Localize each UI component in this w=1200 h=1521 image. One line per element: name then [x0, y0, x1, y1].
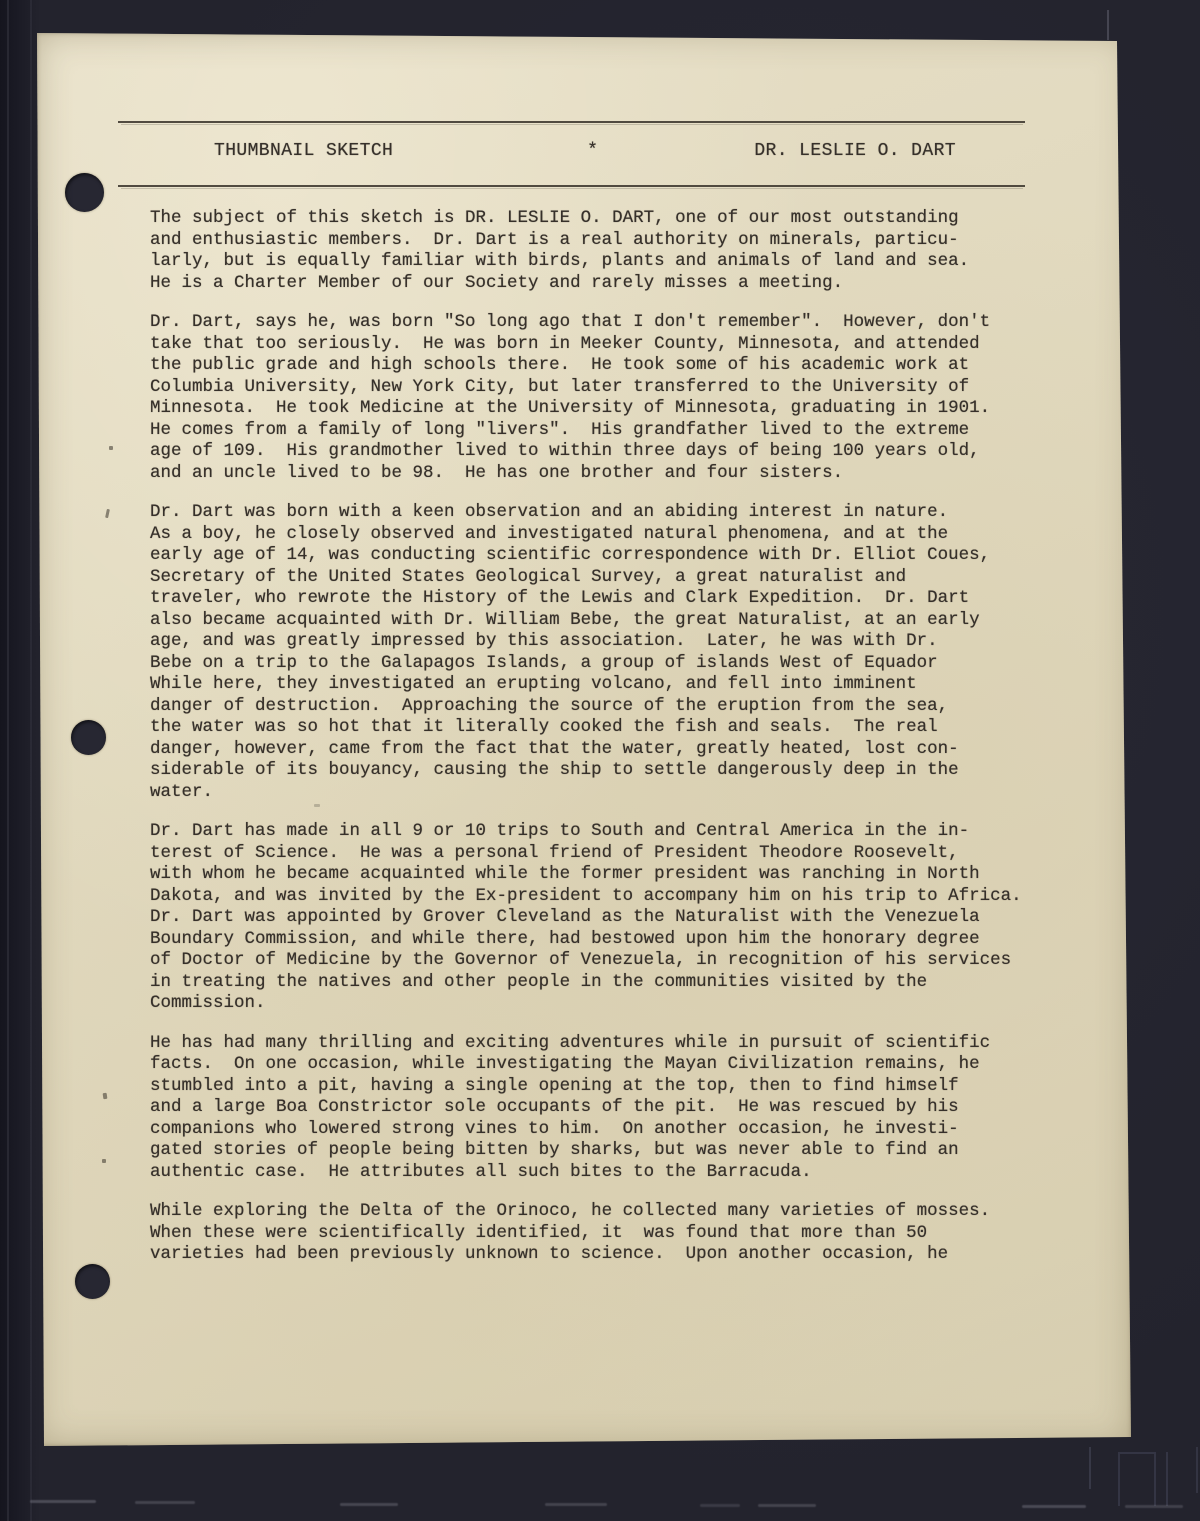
cover-emboss-line — [1196, 1447, 1198, 1493]
stitch-mark — [758, 1504, 816, 1507]
cover-emboss-line — [1089, 1447, 1091, 1489]
stitch-mark — [1022, 1505, 1086, 1508]
header-right-title: DR. LESLIE O. DART — [754, 141, 956, 161]
ink-speck — [102, 1159, 106, 1163]
scan-canvas: { "colors":{ "background":"#23232d", "pa… — [0, 0, 1200, 1521]
paragraph-early-life: Dr. Dart, says he, was born "So long ago… — [150, 312, 1055, 484]
stitch-mark — [340, 1503, 398, 1506]
header-separator-asterisk: * — [587, 141, 598, 161]
paragraph-adventures: He has had many thrilling and exciting a… — [150, 1033, 1055, 1184]
stitch-mark — [135, 1501, 195, 1504]
ink-speck — [103, 1093, 108, 1099]
punch-hole — [75, 1264, 110, 1299]
paragraph-orinoco: While exploring the Delta of the Orinoco… — [150, 1201, 1055, 1266]
scratch-mark — [1107, 10, 1109, 40]
paragraph-introduction: The subject of this sketch is DR. LESLIE… — [150, 208, 1055, 294]
stitch-mark — [700, 1504, 740, 1507]
header-left-title: THUMBNAIL SKETCH — [214, 141, 393, 161]
punch-hole — [71, 720, 106, 755]
document-header: THUMBNAIL SKETCH * DR. LESLIE O. DART — [150, 141, 1040, 165]
stitch-mark — [30, 1500, 96, 1503]
ink-speck — [314, 804, 320, 807]
stitch-mark — [1125, 1505, 1183, 1508]
ink-speck — [109, 446, 113, 450]
stitch-mark — [545, 1503, 607, 1506]
header-rule-top — [118, 121, 1025, 123]
document-page: THUMBNAIL SKETCH * DR. LESLIE O. DART Th… — [37, 33, 1131, 1446]
spine-highlight-line — [7, 0, 9, 1521]
paragraph-naturalist: Dr. Dart was born with a keen observatio… — [150, 502, 1055, 803]
ink-speck — [105, 509, 110, 518]
header-rule-bottom — [118, 185, 1025, 187]
spine-highlight-line — [30, 0, 32, 1521]
binder-spine — [0, 0, 40, 1521]
cover-emboss-line — [1166, 1452, 1168, 1506]
document-body: The subject of this sketch is DR. LESLIE… — [150, 208, 1055, 1284]
cover-emboss-box — [1118, 1452, 1156, 1506]
paragraph-expeditions: Dr. Dart has made in all 9 or 10 trips t… — [150, 821, 1055, 1015]
punch-hole — [65, 173, 104, 212]
